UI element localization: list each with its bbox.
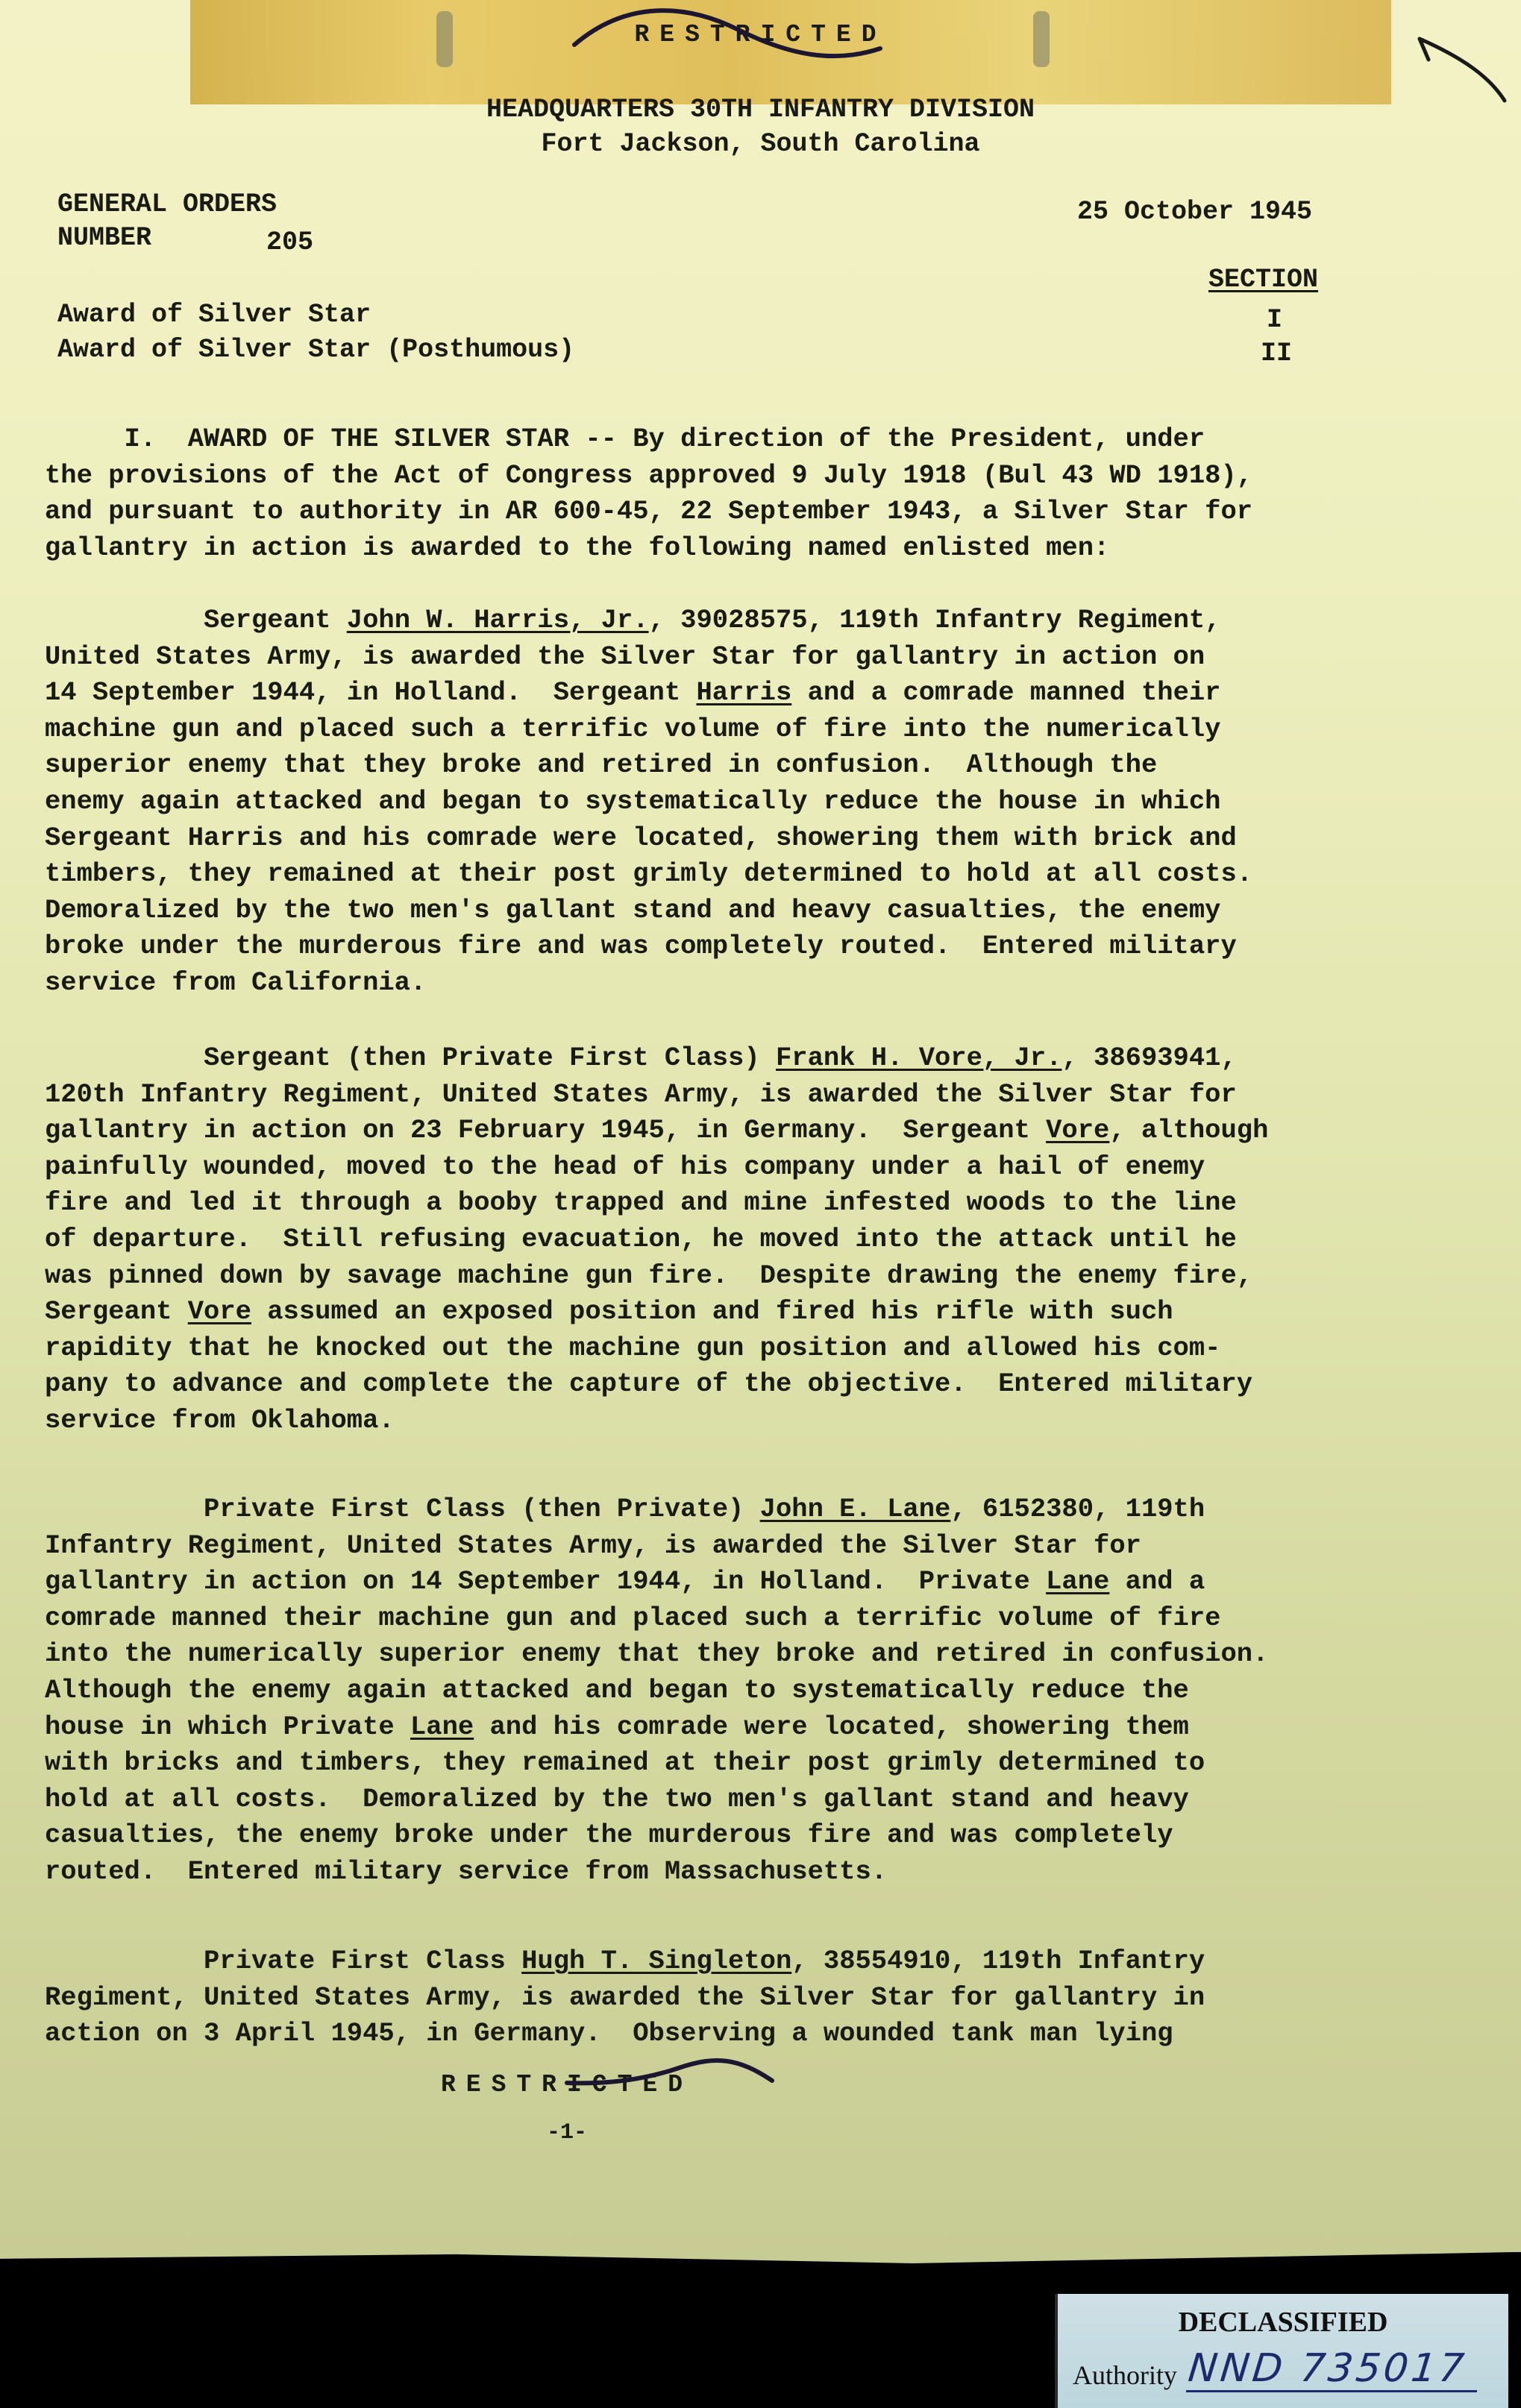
declassified-title: DECLASSIFIED bbox=[1058, 2306, 1508, 2339]
citation-lane: Private First Class (then Private) John … bbox=[45, 1491, 1477, 1890]
text-line: gallantry in action on 23 February 1945,… bbox=[45, 1113, 1477, 1149]
text-line: timbers, they remained at their post gri… bbox=[45, 856, 1477, 893]
text-line: was pinned down by savage machine gun fi… bbox=[45, 1258, 1477, 1295]
underlined-name: John W. Harris, Jr. bbox=[347, 605, 649, 635]
text-line: Sergeant Vore assumed an exposed positio… bbox=[45, 1294, 1477, 1330]
text-line: I. AWARD OF THE SILVER STAR -- By direct… bbox=[45, 421, 1477, 458]
underlined-name: Hugh T. Singleton bbox=[521, 1946, 791, 1976]
text-line: enemy again attacked and began to system… bbox=[45, 784, 1477, 820]
text-line: broke under the murderous fire and was c… bbox=[45, 928, 1477, 965]
text-line: service from California. bbox=[45, 965, 1477, 1002]
authority-label: Authority bbox=[1073, 2360, 1177, 2391]
text-line: routed. Entered military service from Ma… bbox=[45, 1854, 1477, 1890]
text-line: Sergeant John W. Harris, Jr., 39028575, … bbox=[45, 603, 1477, 639]
text-line: machine gun and placed such a terrific v… bbox=[45, 711, 1477, 748]
citation-harris: Sergeant John W. Harris, Jr., 39028575, … bbox=[45, 603, 1477, 1002]
order-number: 205 bbox=[266, 230, 313, 256]
text-line: hold at all costs. Demoralized by the tw… bbox=[45, 1782, 1477, 1818]
text-line: of departure. Still refusing evacuation,… bbox=[45, 1222, 1477, 1258]
text-line: Sergeant Harris and his comrade were loc… bbox=[45, 820, 1477, 857]
text-line: Demoralized by the two men's gallant sta… bbox=[45, 893, 1477, 929]
page-number: -1- bbox=[0, 2120, 1134, 2145]
text-line: Although the enemy again attacked and be… bbox=[45, 1673, 1477, 1709]
text-line: Sergeant (then Private First Class) Fran… bbox=[45, 1040, 1477, 1077]
general-orders-label: GENERAL ORDERS bbox=[57, 192, 277, 218]
text-line: action on 3 April 1945, in Germany. Obse… bbox=[45, 2016, 1477, 2052]
text-line: into the numerically superior enemy that… bbox=[45, 1636, 1477, 1673]
text-line: service from Oklahoma. bbox=[45, 1403, 1477, 1439]
text-line: 120th Infantry Regiment, United States A… bbox=[45, 1077, 1477, 1113]
footer-restricted-stamp: RESTRICTED bbox=[0, 2071, 1134, 2099]
intro-paragraph: I. AWARD OF THE SILVER STAR -- By direct… bbox=[45, 421, 1477, 566]
underlined-name: Frank H. Vore, Jr. bbox=[776, 1043, 1061, 1073]
text-line: Private First Class (then Private) John … bbox=[45, 1491, 1477, 1528]
text-line: Regiment, United States Army, is awarded… bbox=[45, 1980, 1477, 2016]
top-restricted-stamp: RESTRICTED bbox=[0, 21, 1521, 48]
text-line: painfully wounded, moved to the head of … bbox=[45, 1149, 1477, 1186]
underlined-name: Lane bbox=[1046, 1566, 1109, 1597]
authority-value: NND 735017 bbox=[1186, 2348, 1481, 2392]
underlined-name: Harris bbox=[696, 677, 791, 708]
order-date: 25 October 1945 bbox=[1077, 199, 1312, 225]
tape-strip bbox=[190, 0, 1391, 104]
text-line: gallantry in action is awarded to the fo… bbox=[45, 530, 1477, 567]
text-line: 14 September 1944, in Holland. Sergeant … bbox=[45, 675, 1477, 711]
citation-singleton: Private First Class Hugh T. Singleton, 3… bbox=[45, 1943, 1477, 2052]
text-line: fire and led it through a booby trapped … bbox=[45, 1185, 1477, 1222]
text-line: house in which Private Lane and his comr… bbox=[45, 1709, 1477, 1746]
citation-vore: Sergeant (then Private First Class) Fran… bbox=[45, 1040, 1477, 1439]
location-heading: Fort Jackson, South Carolina bbox=[0, 129, 1521, 159]
organization-heading: HEADQUARTERS 30TH INFANTRY DIVISION bbox=[0, 95, 1521, 125]
section-heading: SECTION bbox=[1208, 267, 1318, 293]
underlined-name: Vore bbox=[1046, 1115, 1109, 1145]
text-line: the provisions of the Act of Congress ap… bbox=[45, 458, 1477, 494]
section-item-numeral: I bbox=[1267, 307, 1282, 333]
number-label: NUMBER bbox=[57, 225, 151, 251]
text-line: rapidity that he knocked out the machine… bbox=[45, 1330, 1477, 1367]
text-line: with bricks and timbers, they remained a… bbox=[45, 1745, 1477, 1782]
text-line: and pursuant to authority in AR 600-45, … bbox=[45, 494, 1477, 530]
text-line: United States Army, is awarded the Silve… bbox=[45, 639, 1477, 676]
text-line: Private First Class Hugh T. Singleton, 3… bbox=[45, 1943, 1477, 1980]
declassified-stamp: DECLASSIFIED Authority NND 735017 bbox=[1055, 2294, 1508, 2408]
text-line: pany to advance and complete the capture… bbox=[45, 1366, 1477, 1403]
pen-mark-icon bbox=[1414, 30, 1511, 104]
section-item-title: Award of Silver Star bbox=[57, 302, 371, 328]
text-line: superior enemy that they broke and retir… bbox=[45, 747, 1477, 784]
underlined-name: John E. Lane bbox=[760, 1494, 951, 1524]
text-line: gallantry in action on 14 September 1944… bbox=[45, 1564, 1477, 1600]
section-item-title: Award of Silver Star (Posthumous) bbox=[57, 337, 574, 363]
text-line: Infantry Regiment, United States Army, i… bbox=[45, 1528, 1477, 1565]
text-line: casualties, the enemy broke under the mu… bbox=[45, 1817, 1477, 1854]
underlined-name: Vore bbox=[188, 1296, 251, 1327]
section-item-numeral: II bbox=[1261, 341, 1292, 367]
underlined-name: Lane bbox=[410, 1711, 474, 1742]
text-line: comrade manned their machine gun and pla… bbox=[45, 1600, 1477, 1637]
document-page: RESTRICTED HEADQUARTERS 30TH INFANTRY DI… bbox=[0, 0, 1521, 2263]
